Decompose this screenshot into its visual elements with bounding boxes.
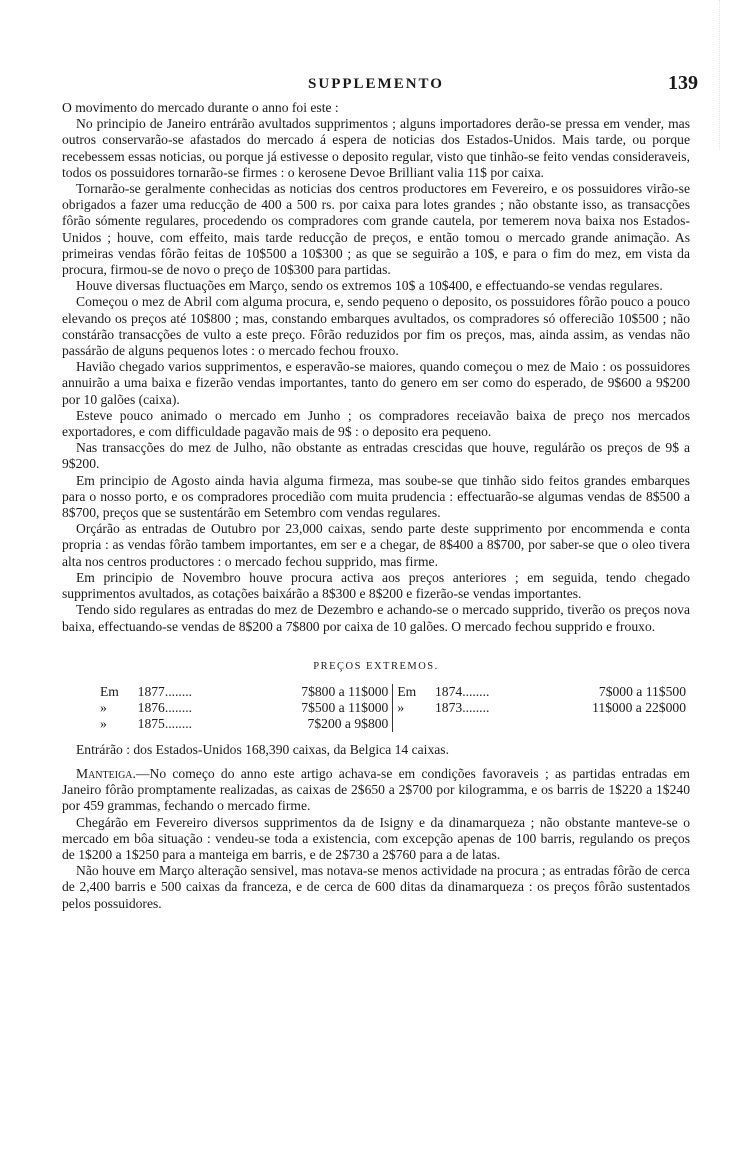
paragraph-dezembro: Tendo sido regulares as entradas do mez …: [62, 602, 690, 634]
running-head: SUPPLEMENTO 139: [62, 70, 690, 96]
row-year: 1876........: [134, 700, 237, 716]
prices-table-title: PREÇOS EXTREMOS.: [62, 661, 690, 672]
manteiga-paragraph-2: Chegárão em Fevereiro diversos supprimen…: [62, 815, 690, 864]
paragraph-maio: Havião chegado varios supprimentos, e es…: [62, 359, 690, 408]
intro-paragraph: O movimento do mercado durante o anno fo…: [62, 100, 690, 116]
row-range: 7$500 a 11$000: [236, 700, 393, 716]
running-title: SUPPLEMENTO: [62, 76, 690, 93]
paragraph-novembro: Em principio de Novembro houve procura a…: [62, 570, 690, 602]
row-prefix: »: [393, 700, 431, 716]
manteiga-heading: Manteiga.: [76, 766, 136, 781]
row-range: 7$200 a 9$800: [236, 716, 393, 732]
row-prefix: »: [96, 716, 134, 732]
row-range: 7$800 a 11$000: [236, 684, 393, 700]
page-number: 139: [668, 72, 698, 95]
table-row: » 1876........ 7$500 a 11$000 » 1873....…: [96, 700, 690, 716]
row-year: 1874........: [431, 684, 534, 700]
row-range: 7$000 a 11$500: [534, 684, 690, 700]
row-year: [431, 716, 534, 732]
paragraph-agosto: Em principio de Agosto ainda havia algum…: [62, 473, 690, 522]
row-prefix: Em: [96, 684, 134, 700]
entries-line: Entrárão : dos Estados-Unidos 168,390 ca…: [62, 742, 690, 758]
manteiga-paragraph-1: Manteiga.—No começo do anno este artigo …: [62, 766, 690, 815]
row-prefix: »: [96, 700, 134, 716]
row-year: 1877........: [134, 684, 237, 700]
paragraph-junho: Esteve pouco animado o mercado em Junho …: [62, 408, 690, 440]
scan-margin-noise: [719, 0, 746, 150]
row-prefix: [393, 716, 431, 732]
row-year: 1875........: [134, 716, 237, 732]
prices-table: Em 1877........ 7$800 a 11$000 Em 1874..…: [96, 684, 690, 732]
paragraph-janeiro: No principio de Janeiro entrárão avultad…: [62, 116, 690, 181]
row-year: 1873........: [431, 700, 534, 716]
paragraph-abril: Começou o mez de Abril com alguma procur…: [62, 294, 690, 359]
row-range: [534, 716, 690, 732]
table-row: » 1875........ 7$200 a 9$800: [96, 716, 690, 732]
table-row: Em 1877........ 7$800 a 11$000 Em 1874..…: [96, 684, 690, 700]
row-prefix: Em: [393, 684, 431, 700]
manteiga-paragraph-3: Não houve em Março alteração sensivel, m…: [62, 863, 690, 912]
paragraph-fevereiro: Tornarão-se geralmente conhecidas as not…: [62, 181, 690, 278]
document-page: SUPPLEMENTO 139 O movimento do mercado d…: [62, 70, 690, 912]
paragraph-outubro: Orçárão as entradas de Outubro por 23,00…: [62, 521, 690, 570]
manteiga-text-1: —No começo do anno este artigo achava-se…: [62, 766, 690, 813]
row-range: 11$000 a 22$000: [534, 700, 690, 716]
paragraph-marco: Houve diversas fluctuações em Março, sen…: [62, 278, 690, 294]
paragraph-julho: Nas transacções do mez de Julho, não obs…: [62, 440, 690, 472]
